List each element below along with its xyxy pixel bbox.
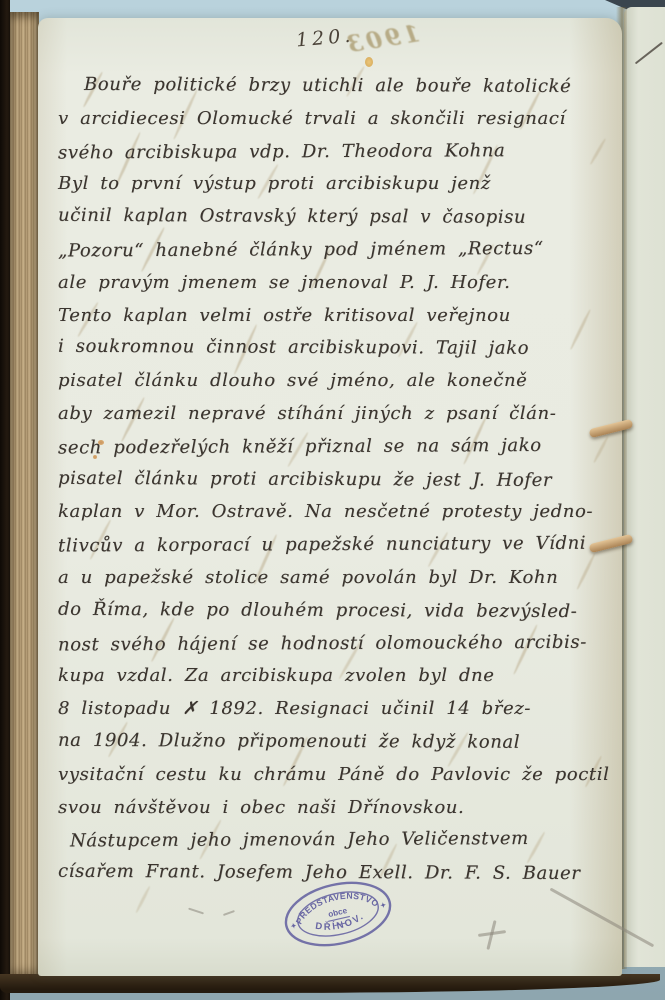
manuscript-line: Bouře politické brzy utichli ale bouře k… — [58, 69, 620, 104]
manuscript-line: vysitační cestu ku chrámu Páně do Pavlov… — [58, 759, 620, 792]
manuscript-line: na 1904. Dlužno připomenouti že když kon… — [58, 725, 620, 760]
manuscript-line: sech podezřelých kněží přiznal se na sám… — [58, 429, 620, 465]
manuscript-line: svého arcibiskupa vdp. Dr. Theodora Kohn… — [58, 134, 620, 170]
page-fore-edges — [10, 12, 39, 980]
stamp-star-icon: ✦ — [380, 901, 388, 910]
bleedthrough-year: 1903 — [342, 20, 421, 59]
manuscript-line: učinil kaplan Ostravský který psal v čas… — [58, 200, 620, 235]
manuscript-line: kaplan v Mor. Ostravě. Na nesčetné prote… — [58, 496, 620, 529]
manuscript-line: v arcidiecesi Olomucké trvali a skončili… — [58, 103, 620, 136]
manuscript-line: svou návštěvou i obec naši Dřínovskou. — [58, 792, 620, 825]
manuscript-line: aby zamezil nepravé stíhání jiných z psa… — [58, 398, 620, 431]
manuscript-line: kupa vzdal. Za arcibiskupa zvolen byl dn… — [58, 660, 620, 693]
manuscript-page: 120. 1903 Bouře politické brzy utichli a… — [38, 18, 622, 976]
manuscript-line: 8 listopadu ✗ 1892. Resignaci učinil 14 … — [58, 693, 620, 726]
stamp-star-icon: ✦ — [290, 922, 298, 931]
stamp-arc-top-text: PŘEDSTAVENSTVO — [289, 882, 382, 927]
pencil-mark — [188, 908, 204, 915]
manuscript-line: ale pravým jmenem se jmenoval P. J. Hofe… — [58, 267, 620, 300]
manuscript-line: pisatel článku dlouho své jméno, ale kon… — [58, 365, 620, 398]
pencil-mark — [223, 910, 235, 916]
manuscript-line: Nástupcem jeho jmenován Jeho Veličenstve… — [58, 823, 620, 859]
paper-stain — [98, 440, 104, 445]
manuscript-line: „Pozoru“ hanebné články pod jménem „Rect… — [58, 233, 620, 269]
manuscript-text: Bouře politické brzy utichli ale bouře k… — [58, 70, 620, 890]
manuscript-line: pisatel článku proti arcibiskupu že jest… — [58, 462, 620, 497]
manuscript-line: do Říma, kde po dlouhém procesi, vida be… — [58, 594, 620, 629]
book-cover-edge — [0, 974, 660, 993]
manuscript-line: nost svého hájení se hodností olomouckéh… — [58, 626, 620, 662]
manuscript-line: Byl to první výstup proti arcibiskupu je… — [58, 168, 620, 201]
manuscript-line: tlivcův a korporací u papežské nunciatur… — [58, 528, 620, 564]
book-photo: 120. 1903 Bouře politické brzy utichli a… — [0, 0, 665, 1000]
manuscript-line: Tento kaplan velmi ostře kritisoval veře… — [58, 300, 620, 333]
paper-stain — [93, 455, 97, 459]
manuscript-line: a u papežské stolice samé povolán byl Dr… — [58, 562, 620, 595]
manuscript-line: i soukromnou činnost arcibiskupovi. Taji… — [58, 331, 620, 366]
book-spine — [0, 0, 10, 1000]
adjacent-page — [624, 7, 665, 967]
svg-text:PŘEDSTAVENSTVO: PŘEDSTAVENSTVO — [289, 882, 382, 927]
ink-blot — [365, 57, 373, 67]
